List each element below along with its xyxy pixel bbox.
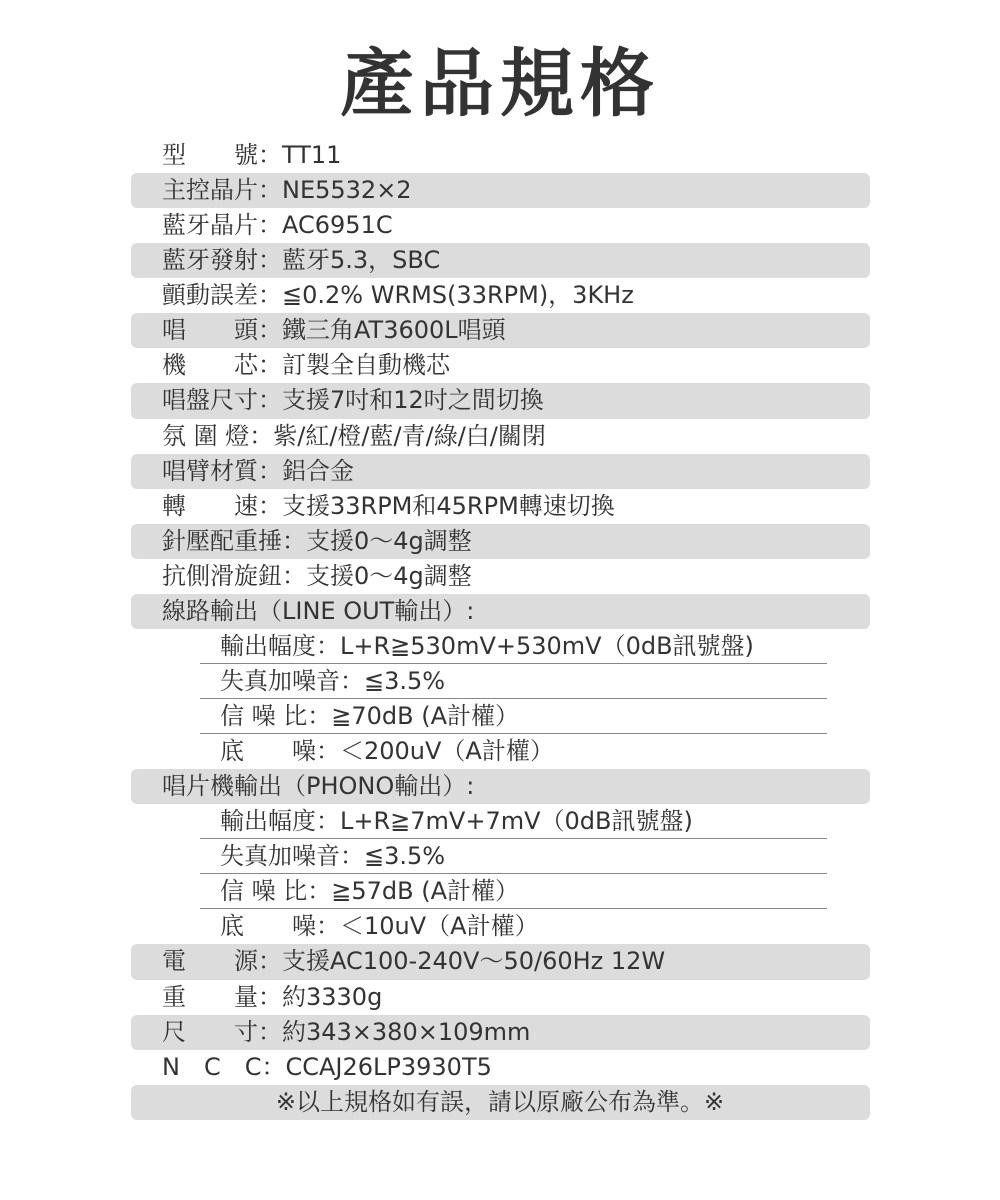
spec-separator: ：	[316, 737, 340, 765]
spec-label: 失真加噪音	[220, 667, 340, 695]
spec-value: ≧70dB (A計權）	[331, 702, 519, 730]
spec-separator: ：	[258, 313, 282, 348]
spec-label: 抗側滑旋鈕	[162, 559, 282, 594]
spec-separator: ：	[316, 807, 340, 835]
line-out-row-thd-n: 失真加噪音：≦3.5%	[0, 664, 1000, 699]
spec-value: 鋁合金	[282, 457, 354, 485]
spec-value: 訂製全自動機芯	[282, 351, 450, 379]
line-out-row-output-level: 輸出幅度：L+R≧530mV+530mV（0dB訊號盤)	[0, 629, 1000, 664]
spec-label: 失真加噪音	[220, 842, 340, 870]
spec-label: 輸出幅度	[220, 807, 316, 835]
spec-row-wow-flutter: 顫動誤差：≦0.2% WRMS(33RPM)，3KHz	[0, 278, 1000, 313]
spec-label: 唱 頭	[162, 313, 258, 348]
spec-label: 藍牙發射	[162, 243, 258, 278]
spec-separator: ：	[282, 559, 306, 594]
spec-separator: ：	[258, 243, 282, 278]
spec-label: 型 號	[162, 138, 258, 173]
spec-value: 藍牙5.3，SBC	[282, 246, 440, 274]
spec-separator: ：	[258, 208, 282, 243]
spec-label: 主控晶片	[162, 173, 258, 208]
spec-row-counterweight: 針壓配重捶：支援0～4g調整	[0, 524, 1000, 559]
spec-separator: ：	[258, 383, 282, 418]
spec-separator: ：	[258, 454, 282, 489]
spec-value: NE5532×2	[282, 176, 412, 204]
spec-label: 轉 速	[162, 489, 258, 524]
spec-row-bt-chip: 藍牙晶片：AC6951C	[0, 208, 1000, 243]
spec-row-main-chip: 主控晶片：NE5532×2	[0, 173, 1000, 208]
spec-value: AC6951C	[282, 211, 393, 239]
spec-row-weight: 重 量：約3330g	[0, 980, 1000, 1015]
spec-row-model: 型 號：TT11	[0, 138, 1000, 173]
section-heading-phono-out: 唱片機輸出（PHONO輸出）:	[0, 769, 1000, 804]
spec-value: L+R≧7mV+7mV（0dB訊號盤)	[340, 807, 693, 835]
spec-label: 針壓配重捶	[162, 524, 282, 559]
spec-row-tonearm-material: 唱臂材質：鋁合金	[0, 454, 1000, 489]
spec-row-ncc: N C C：CCAJ26LP3930T5	[0, 1050, 1000, 1085]
spec-label: 氛 圍 燈	[162, 419, 249, 454]
spec-separator: ：	[316, 632, 340, 660]
line-out-row-noise-floor: 底 噪：＜200uV（A計權）	[0, 734, 1000, 769]
phono-row-noise-floor: 底 噪：＜10uV（A計權）	[0, 909, 1000, 944]
spec-value: 支援0～4g調整	[306, 562, 472, 590]
spec-list: 型 號：TT11 主控晶片：NE5532×2 藍牙晶片：AC6951C 藍牙發射…	[0, 138, 1000, 1120]
spec-label: 尺 寸	[162, 1015, 258, 1050]
spec-value: 紫/紅/橙/藍/青/綠/白/關閉	[273, 422, 546, 450]
spec-separator: ：	[282, 524, 306, 559]
phono-row-snr: 信 噪 比：≧57dB (A計權）	[0, 874, 1000, 909]
spec-label: N C C	[162, 1050, 261, 1085]
spec-label: 唱盤尺寸	[162, 383, 258, 418]
spec-value: ≧57dB (A計權）	[331, 877, 519, 905]
spec-value: TT11	[282, 141, 341, 169]
spec-row-cartridge: 唱 頭：鐵三角AT3600L唱頭	[0, 313, 1000, 348]
spec-value: CCAJ26LP3930T5	[285, 1053, 491, 1081]
spec-separator: ：	[258, 278, 282, 313]
phono-row-output-level: 輸出幅度：L+R≧7mV+7mV（0dB訊號盤)	[0, 804, 1000, 839]
spec-separator: ：	[316, 912, 340, 940]
spec-label: 藍牙晶片	[162, 208, 258, 243]
spec-label: 顫動誤差	[162, 278, 258, 313]
spec-label: 重 量	[162, 980, 258, 1015]
spec-label: 輸出幅度	[220, 632, 316, 660]
spec-separator: ：	[340, 667, 364, 695]
spec-value: L+R≧530mV+530mV（0dB訊號盤)	[340, 632, 754, 660]
phono-row-thd-n: 失真加噪音：≦3.5%	[0, 839, 1000, 874]
spec-value: ≦3.5%	[364, 667, 445, 695]
spec-separator: ：	[340, 842, 364, 870]
spec-separator: ：	[258, 489, 282, 524]
spec-value: ＜200uV（A計權）	[340, 737, 554, 765]
section-heading-line-out: 線路輸出（LINE OUT輸出）:	[0, 594, 1000, 629]
spec-separator: ：	[258, 138, 282, 173]
spec-separator: ：	[258, 173, 282, 208]
spec-separator: ：	[261, 1050, 285, 1085]
spec-label: 電 源	[162, 944, 258, 979]
spec-separator: ：	[307, 702, 331, 730]
spec-value: 約3330g	[282, 983, 382, 1011]
spec-row-anti-skate: 抗側滑旋鈕：支援0～4g調整	[0, 559, 1000, 594]
spec-row-ambient-light: 氛 圍 燈：紫/紅/橙/藍/青/綠/白/關閉	[0, 419, 1000, 454]
spec-row-bt-tx: 藍牙發射：藍牙5.3，SBC	[0, 243, 1000, 278]
spec-label: 唱臂材質	[162, 454, 258, 489]
line-out-row-snr: 信 噪 比：≧70dB (A計權）	[0, 699, 1000, 734]
spec-value: ≦3.5%	[364, 842, 445, 870]
spec-row-dimensions: 尺 寸：約343×380×109mm	[0, 1015, 1000, 1050]
spec-row-platter-size: 唱盤尺寸：支援7吋和12吋之間切換	[0, 383, 1000, 418]
spec-row-mechanism: 機 芯：訂製全自動機芯	[0, 348, 1000, 383]
spec-value: 支援AC100-240V～50/60Hz 12W	[282, 947, 665, 975]
spec-value: ≦0.2% WRMS(33RPM)，3KHz	[282, 281, 634, 309]
spec-value: ＜10uV（A計權）	[340, 912, 539, 940]
disclaimer-row: ※以上規格如有誤，請以原廠公布為準。※	[0, 1085, 1000, 1120]
spec-separator: ：	[258, 348, 282, 383]
spec-separator: ：	[307, 877, 331, 905]
spec-separator: ：	[258, 1015, 282, 1050]
disclaimer-text: ※以上規格如有誤，請以原廠公布為準。※	[0, 1085, 1000, 1120]
spec-label: 底 噪	[220, 912, 316, 940]
spec-value: 支援0～4g調整	[306, 527, 472, 555]
spec-value: 支援33RPM和45RPM轉速切換	[282, 492, 615, 520]
spec-separator: ：	[258, 944, 282, 979]
spec-label: 底 噪	[220, 737, 316, 765]
spec-row-power: 電 源：支援AC100-240V～50/60Hz 12W	[0, 944, 1000, 979]
spec-separator: ：	[258, 980, 282, 1015]
spec-value: 支援7吋和12吋之間切換	[282, 386, 544, 414]
spec-label: 信 噪 比	[220, 877, 307, 905]
page-title: 產品規格	[0, 38, 1000, 130]
spec-value: 鐵三角AT3600L唱頭	[282, 316, 506, 344]
spec-label: 信 噪 比	[220, 702, 307, 730]
spec-separator: ：	[249, 419, 273, 454]
spec-row-speed: 轉 速：支援33RPM和45RPM轉速切換	[0, 489, 1000, 524]
spec-label: 機 芯	[162, 348, 258, 383]
spec-value: 約343×380×109mm	[282, 1018, 530, 1046]
